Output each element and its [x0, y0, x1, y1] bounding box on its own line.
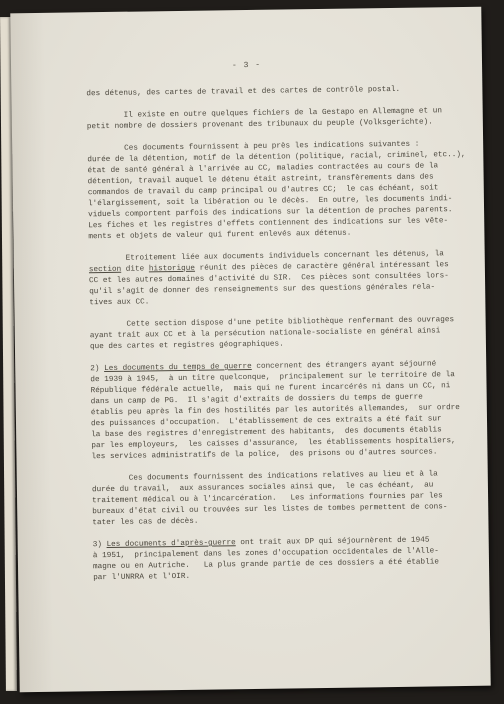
- document-page: - 3 - des détenus, des cartes de travail…: [10, 7, 490, 693]
- underlined-text: Les documents du temps de guerre: [104, 363, 252, 373]
- underlined-text: Les documents d'après-guerre: [107, 539, 236, 549]
- paragraph: Il existe en outre quelques fichiers de …: [87, 106, 471, 133]
- text-segment: 3): [93, 541, 107, 549]
- scanned-document-photo: - 3 - des détenus, des cartes de travail…: [0, 0, 504, 704]
- paragraph: Ces documents fournissent des indication…: [92, 469, 477, 529]
- text-segment: par l'UNRRA et l'OIR.: [93, 573, 190, 582]
- paragraph: Ces documents fournissent à peu près les…: [87, 139, 472, 243]
- underlined-text: section: [89, 266, 121, 274]
- text-segment: 2): [90, 365, 104, 373]
- paragraph: Cette section dispose d'une petite bibli…: [90, 315, 474, 353]
- paragraph: 2) Les documents du temps de guerre conc…: [90, 359, 475, 463]
- text-line: des détenus, des cartes de travail et de…: [86, 84, 470, 100]
- paragraph: Etroitement liée aux documents individue…: [89, 249, 474, 309]
- underlined-text: historique: [149, 265, 195, 274]
- text-segment: ont trait aux DP qui séjournèrent de 194…: [236, 537, 430, 548]
- text-segment: concernent des étrangers ayant séjourné: [252, 360, 437, 371]
- document-body: des détenus, des cartes de travail et de…: [11, 84, 489, 586]
- text-segment: que des cartes et registres géographique…: [90, 341, 284, 352]
- text-segment: ments et objets de valeur qui furent enl…: [88, 230, 351, 242]
- text-segment: tater les cas de décès.: [92, 518, 198, 527]
- paragraph: des détenus, des cartes de travail et de…: [86, 84, 470, 100]
- text-segment: tives aux CC.: [89, 298, 149, 307]
- page-number: - 3 -: [10, 7, 482, 75]
- text-segment: dite: [121, 265, 149, 273]
- paragraph: 3) Les documents d'après-guerre ont trai…: [93, 535, 478, 584]
- text-segment: des détenus, des cartes de travail et de…: [86, 86, 400, 98]
